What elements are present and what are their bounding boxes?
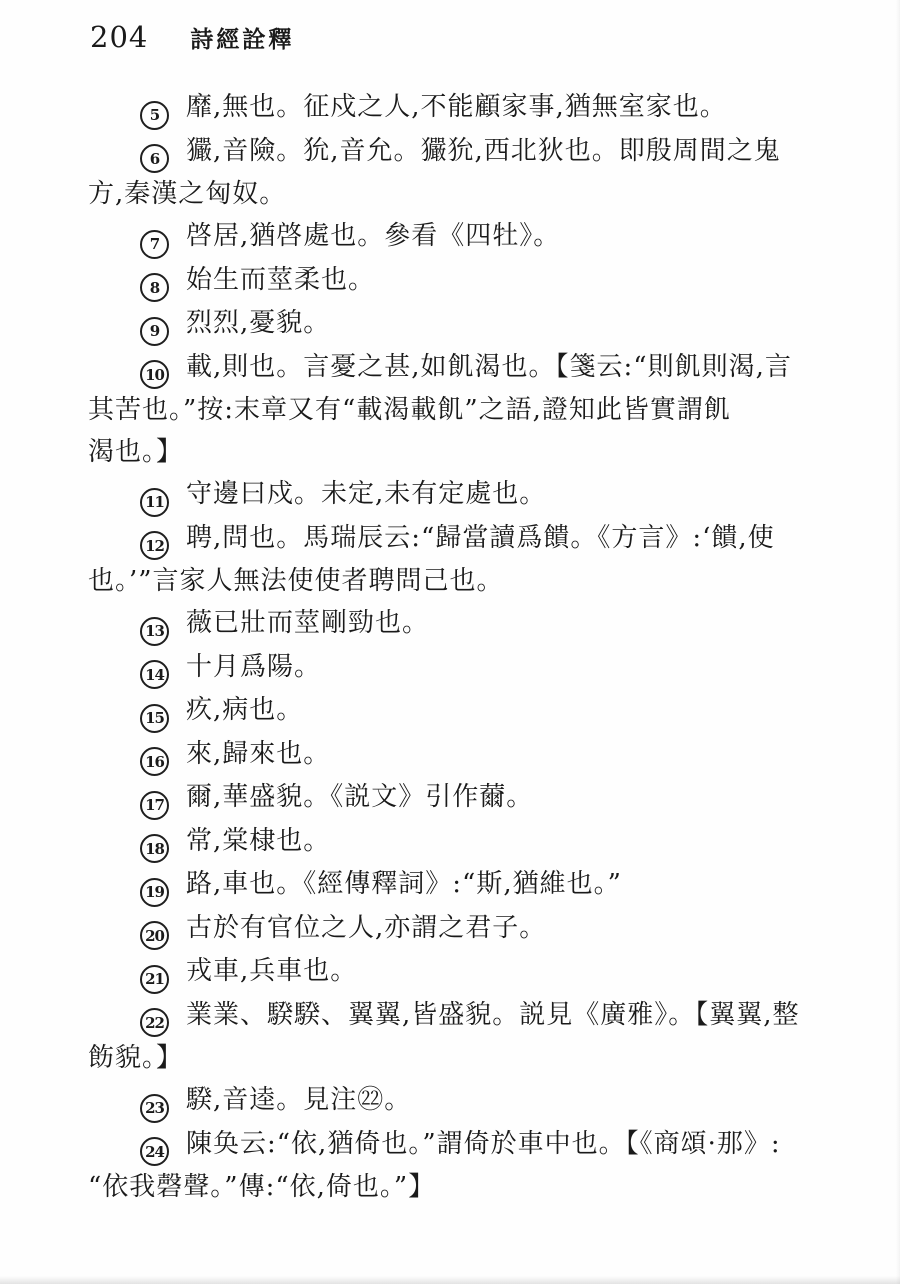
note-number-badge: 16 bbox=[140, 747, 169, 776]
note-line: 6玁,音險。狁,音允。玁狁,西北狄也。即殷周間之鬼 bbox=[88, 130, 818, 174]
note-line: 12聘,問也。馬瑞辰云:“歸當讀爲饋。《方言》:‘饋,使 bbox=[88, 517, 818, 561]
book-page: 204 詩經詮釋 5靡,無也。征戍之人,不能顧家事,猶無室家也。6玁,音險。狁,… bbox=[0, 0, 900, 1284]
notes-list: 5靡,無也。征戍之人,不能顧家事,猶無室家也。6玁,音險。狁,音允。玁狁,西北狄… bbox=[88, 86, 818, 1208]
note-text-continuation: 方,秦漢之匈奴。 bbox=[88, 179, 286, 209]
note-line: 方,秦漢之匈奴。 bbox=[88, 173, 818, 215]
note-line: 14十月爲陽。 bbox=[88, 646, 818, 690]
note-text: 業業、騤騤、翼翼,皆盛貌。説見《廣雅》。【翼翼,整 bbox=[186, 1000, 800, 1030]
note-line: 21戎車,兵車也。 bbox=[88, 950, 818, 994]
note-line: 11守邊曰戍。未定,未有定處也。 bbox=[88, 473, 818, 517]
note-number-badge: 23 bbox=[140, 1094, 169, 1123]
note-number-badge: 14 bbox=[140, 660, 169, 689]
note-line: 19路,車也。《經傳釋詞》:“斯,猶維也。” bbox=[88, 863, 818, 907]
note-text: 薇已壯而莖剛勁也。 bbox=[186, 608, 429, 638]
note-text: 戎車,兵車也。 bbox=[186, 956, 357, 986]
note-number-badge: 19 bbox=[140, 878, 169, 907]
note-line: 17爾,華盛貌。《説文》引作薾。 bbox=[88, 776, 818, 820]
note-line: 也。’”言家人無法使使者聘問己也。 bbox=[88, 560, 818, 602]
note-line: 5靡,無也。征戍之人,不能顧家事,猶無室家也。 bbox=[88, 86, 818, 130]
note-text: 騤,音逵。見注㉒。 bbox=[186, 1085, 411, 1115]
note-number-badge: 20 bbox=[140, 921, 169, 950]
note-number-badge: 15 bbox=[140, 704, 169, 733]
note-text: 靡,無也。征戍之人,不能顧家事,猶無室家也。 bbox=[186, 92, 727, 122]
note-line: 8始生而莖柔也。 bbox=[88, 259, 818, 303]
note-text-continuation: 也。’”言家人無法使使者聘問己也。 bbox=[88, 566, 504, 596]
note-line: 20古於有官位之人,亦謂之君子。 bbox=[88, 907, 818, 951]
note-text: 守邊曰戍。未定,未有定處也。 bbox=[186, 479, 546, 509]
note-text: 聘,問也。馬瑞辰云:“歸當讀爲饋。《方言》:‘饋,使 bbox=[186, 523, 775, 553]
note-line: 13薇已壯而莖剛勁也。 bbox=[88, 602, 818, 646]
note-text: 玁,音險。狁,音允。玁狁,西北狄也。即殷周間之鬼 bbox=[186, 136, 781, 166]
note-line: 24陳奂云:“依,猶倚也。”謂倚於車中也。【《商頌·那》: bbox=[88, 1123, 818, 1167]
note-number-badge: 22 bbox=[140, 1008, 169, 1037]
note-text: 路,車也。《經傳釋詞》:“斯,猶維也。” bbox=[186, 869, 622, 899]
note-line: 23騤,音逵。見注㉒。 bbox=[88, 1079, 818, 1123]
note-number-badge: 21 bbox=[140, 965, 169, 994]
note-line: 其苦也。”按:末章又有“載渴載飢”之語,證知此皆實謂飢 bbox=[88, 389, 818, 431]
note-line: 7啓居,猶啓處也。參看《四牡》。 bbox=[88, 215, 818, 259]
note-text-continuation: 其苦也。”按:末章又有“載渴載飢”之語,證知此皆實謂飢 bbox=[88, 395, 731, 425]
note-text-continuation: 飭貌。】 bbox=[88, 1043, 183, 1073]
note-line: 飭貌。】 bbox=[88, 1037, 818, 1079]
book-title: 詩經詮釋 bbox=[190, 21, 294, 54]
note-text-continuation: “依我磬聲。”傳:“依,倚也。”】 bbox=[88, 1172, 435, 1202]
note-number-badge: 18 bbox=[140, 834, 169, 863]
note-text: 始生而莖柔也。 bbox=[186, 265, 375, 295]
note-line: 18常,棠棣也。 bbox=[88, 820, 818, 864]
note-line: 10載,則也。言憂之甚,如飢渴也。【箋云:“則飢則渴,言 bbox=[88, 346, 818, 390]
note-line: 9烈烈,憂貌。 bbox=[88, 302, 818, 346]
note-line: 16來,歸來也。 bbox=[88, 733, 818, 777]
note-number-badge: 8 bbox=[140, 273, 169, 302]
note-text: 載,則也。言憂之甚,如飢渴也。【箋云:“則飢則渴,言 bbox=[186, 352, 792, 382]
note-text: 烈烈,憂貌。 bbox=[186, 308, 330, 338]
note-number-badge: 7 bbox=[140, 230, 169, 259]
note-number-badge: 24 bbox=[140, 1137, 169, 1166]
page-header: 204 詩經詮釋 bbox=[90, 20, 294, 54]
note-text: 啓居,猶啓處也。參看《四牡》。 bbox=[186, 221, 560, 251]
note-line: “依我磬聲。”傳:“依,倚也。”】 bbox=[88, 1166, 818, 1208]
note-number-badge: 12 bbox=[140, 531, 169, 560]
note-line: 22業業、騤騤、翼翼,皆盛貌。説見《廣雅》。【翼翼,整 bbox=[88, 994, 818, 1038]
note-text: 疚,病也。 bbox=[186, 695, 303, 725]
page-number: 204 bbox=[90, 20, 148, 54]
note-number-badge: 13 bbox=[140, 617, 169, 646]
note-text: 來,歸來也。 bbox=[186, 739, 330, 769]
note-number-badge: 11 bbox=[140, 488, 169, 517]
note-line: 渴也。】 bbox=[88, 431, 818, 473]
note-text: 陳奂云:“依,猶倚也。”謂倚於車中也。【《商頌·那》: bbox=[186, 1129, 781, 1159]
note-number-badge: 5 bbox=[140, 101, 169, 130]
note-number-badge: 6 bbox=[140, 144, 169, 173]
note-number-badge: 17 bbox=[140, 791, 169, 820]
note-number-badge: 9 bbox=[140, 317, 169, 346]
note-text: 十月爲陽。 bbox=[186, 652, 321, 682]
scan-bottom-edge-shadow bbox=[0, 1276, 900, 1284]
note-number-badge: 10 bbox=[140, 360, 169, 389]
note-text: 古於有官位之人,亦謂之君子。 bbox=[186, 913, 546, 943]
note-text-continuation: 渴也。】 bbox=[88, 437, 183, 467]
note-line: 15疚,病也。 bbox=[88, 689, 818, 733]
note-text: 常,棠棣也。 bbox=[186, 826, 330, 856]
note-text: 爾,華盛貌。《説文》引作薾。 bbox=[186, 782, 533, 812]
scan-right-edge-shadow bbox=[896, 0, 900, 1284]
